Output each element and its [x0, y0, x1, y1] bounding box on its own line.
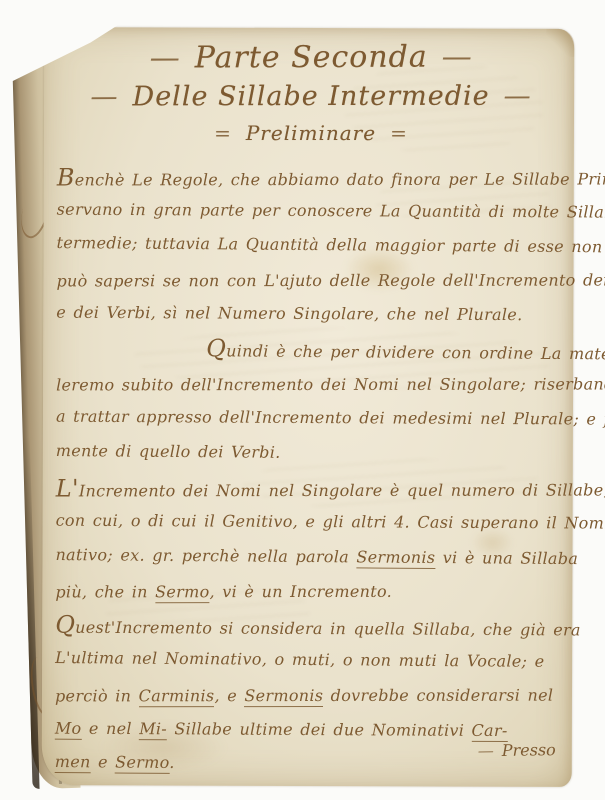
underlined-word: Mo — [55, 718, 82, 739]
flourish-dash: — — [91, 81, 119, 112]
text-segment: vi è una Sillaba — [435, 548, 578, 568]
book-opening: —Parte Seconda— —Delle Sillabe Intermedi… — [16, 26, 572, 788]
flourish-dash: = — [390, 121, 408, 145]
underlined-word: Car- — [471, 720, 507, 741]
text-segment: . — [169, 753, 175, 772]
subsection-title-text: Preliminare — [246, 121, 376, 145]
underlined-word: Sermo — [155, 582, 209, 603]
text-line: L'Incremento dei Nomi nel Singolare è qu… — [56, 471, 564, 506]
page-content: —Parte Seconda— —Delle Sillabe Intermedi… — [55, 35, 566, 782]
text-segment: mente di quello dei Verbi. — [56, 441, 281, 462]
text-line: può sapersi se non con L'ajuto delle Reg… — [56, 263, 564, 298]
underlined-word: Sermonis — [356, 547, 435, 569]
text-line: a trattar appresso dell'Incremento dei m… — [56, 400, 564, 437]
text-segment: dovrebbe considerarsi nel — [323, 685, 553, 704]
text-line: servano in gran parte per conoscere La Q… — [57, 192, 565, 229]
underlined-word: men — [55, 752, 91, 773]
text-segment: può sapersi se non con L'ajuto delle Reg… — [56, 270, 605, 290]
body-text: Benchè Le Regole, che abbiamo dato finor… — [55, 158, 565, 782]
underlined-word: Mi- — [139, 719, 167, 740]
text-segment: a trattar appresso dell'Incremento dei m… — [56, 407, 605, 429]
text-segment: , vi è un Incremento. — [209, 582, 392, 601]
text-segment: con cui, o di cui il Genitivo, e gli alt… — [56, 511, 605, 533]
section-title: —Delle Sillabe Intermedie— — [57, 81, 565, 113]
manuscript-scan: —Parte Seconda— —Delle Sillabe Intermedi… — [0, 0, 605, 800]
underlined-word: Sermo — [115, 753, 169, 774]
text-segment: servano in gran parte per conoscere La Q… — [57, 199, 605, 221]
part-title-text: Parte Seconda — [195, 40, 428, 76]
text-line: perciò in Carminis, e Sermonis dovrebbe … — [55, 678, 563, 713]
text-line: L'ultima nel Nominativo, o muti, o non m… — [55, 641, 563, 680]
part-title: —Parte Seconda— — [57, 39, 565, 76]
text-line: Quindi è che per dividere con ordine La … — [56, 330, 564, 369]
text-segment: e dei Verbi, sì nel Numero Singolare, ch… — [56, 303, 522, 324]
text-segment: leremo subito dell'Incremento dei Nomi n… — [56, 374, 605, 394]
catchword: Presso — [478, 740, 556, 760]
flourish-dash: — — [504, 81, 532, 112]
text-line: mente di quello dei Verbi. — [56, 434, 564, 473]
text-segment: Benchè Le Regole, che abbiamo dato finor… — [57, 169, 605, 189]
text-line: termedie; tuttavia La Quantità della mag… — [56, 226, 564, 265]
binding-shadow — [23, 436, 40, 789]
text-line: e dei Verbi, sì nel Numero Singolare, ch… — [56, 296, 564, 333]
underlined-word: Carminis — [139, 686, 215, 707]
text-segment: più, che in — [55, 582, 155, 601]
text-line: Benchè Le Regole, che abbiamo dato finor… — [57, 160, 565, 195]
text-segment: nativo; ex. gr. perchè nella parola — [55, 545, 356, 566]
underlined-word: Sermonis — [244, 686, 323, 707]
text-line: nativo; ex. gr. perchè nella parola Serm… — [55, 538, 563, 577]
flourish-dash: = — [214, 121, 232, 145]
section-title-text: Delle Sillabe Intermedie — [133, 81, 490, 113]
text-line: leremo subito dell'Incremento dei Nomi n… — [56, 367, 564, 402]
text-segment: Quest'Incremento si considera in quella … — [55, 617, 581, 639]
subsection-title: =Preliminare= — [57, 121, 565, 145]
text-segment: e — [91, 752, 116, 771]
text-line: più, che in Sermo, vi è un Incremento. — [55, 575, 563, 610]
text-segment: perciò in — [55, 686, 139, 705]
flourish-dash: — — [150, 40, 181, 75]
text-segment: L'ultima nel Nominativo, o muti, o non m… — [55, 648, 544, 671]
manuscript-page: —Parte Seconda— —Delle Sillabe Intermedi… — [42, 27, 575, 787]
flourish-dash: — — [442, 39, 473, 74]
text-line: con cui, o di cui il Genitivo, e gli alt… — [56, 504, 564, 541]
text-segment: , e — [214, 686, 244, 705]
text-line: Quest'Incremento si considera in quella … — [55, 607, 563, 644]
text-segment: Sillabe ultime dei due Nominativi — [167, 719, 472, 740]
text-segment: Quindi è che per dividere con ordine La … — [206, 341, 605, 364]
text-segment: termedie; tuttavia La Quantità della mag… — [57, 233, 603, 256]
text-segment: e nel — [81, 718, 139, 737]
text-segment: L'Incremento dei Nomi nel Singolare è qu… — [56, 481, 605, 501]
